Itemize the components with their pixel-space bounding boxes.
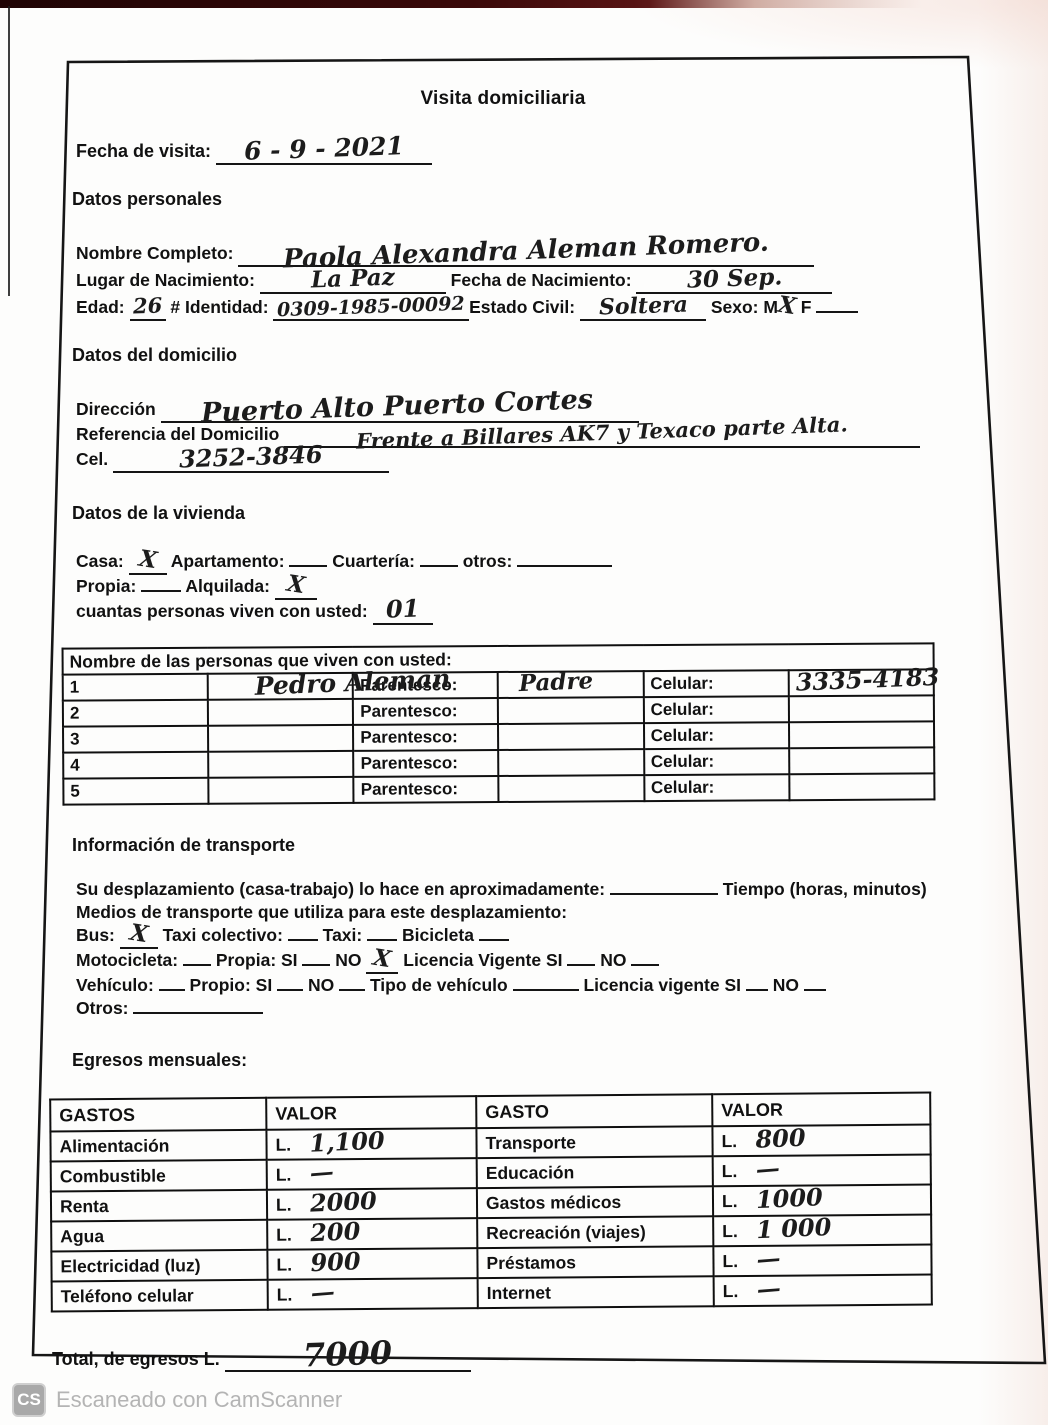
vehiculo-licencia-label: Licencia vigente SI: [583, 975, 741, 995]
vehiculo-blank: [159, 985, 185, 991]
cuarteria-blank: [420, 561, 458, 567]
bus-mark: X: [129, 928, 148, 941]
currency-label: L.: [276, 1164, 292, 1184]
cel-value: 3252-3846: [179, 447, 323, 466]
tiempo-label: Tiempo (horas, minutos): [723, 879, 927, 899]
moto-licencia-no-blank: [631, 960, 659, 966]
currency-label: L.: [276, 1224, 292, 1244]
gasto-nombre: Teléfono celular: [52, 1280, 268, 1312]
referencia-value: Frente a Billares AK7 y Texaco parte Alt…: [356, 417, 848, 448]
motocicleta-label: Motocicleta:: [76, 950, 178, 970]
datos-personales-heading: Datos personales: [72, 189, 958, 210]
direccion-label: Dirección: [76, 399, 156, 419]
casa-mark: X: [138, 554, 157, 567]
sexo-f-blank: [816, 307, 858, 313]
otros-blank: [133, 1008, 263, 1014]
sexo-label: Sexo: M: [711, 297, 778, 317]
cel-row: Cel. 3252-3846: [76, 448, 958, 473]
alquilada-mark: X: [286, 579, 305, 592]
camscanner-icon: CS: [12, 1383, 46, 1417]
parentesco-cell: [499, 749, 644, 776]
parentesco-label: Parentesco:: [353, 698, 498, 725]
gasto-valor: 200: [310, 1224, 361, 1240]
apartamento-label: Apartamento:: [171, 551, 285, 571]
fecha-visita-row: Fecha de visita: 6 - 9 - 2021: [76, 140, 958, 165]
otros-vivienda-blank: [517, 561, 612, 567]
casa-field: X: [129, 550, 167, 575]
scanned-document-page: Visita domiciliaria Fecha de visita: 6 -…: [0, 0, 1048, 1425]
taxi-label: Taxi:: [323, 925, 363, 945]
gasto-nombre: Gastos médicos: [477, 1186, 713, 1218]
gasto-nombre: Internet: [478, 1276, 714, 1308]
transporte-heading: Información de transporte: [72, 835, 958, 856]
total-egresos-label: Total, de egresos L.: [52, 1349, 220, 1369]
bus-row: Bus: X Taxi colectivo: Taxi: Bicicleta: [76, 924, 958, 949]
celular-cell: [789, 721, 934, 748]
row-number: 2: [63, 700, 208, 727]
form-title: Visita domiciliaria: [48, 88, 958, 110]
gasto-valor-cell: L.1,100: [266, 1128, 476, 1160]
celular-label: Celular:: [644, 748, 789, 775]
nombre-row: Nombre Completo: Paola Alexandra Aleman …: [76, 242, 958, 267]
fecha-nacimiento-label: Fecha de Nacimiento:: [451, 270, 632, 290]
datos-domicilio-heading: Datos del domicilio: [72, 345, 958, 366]
tipo-vehiculo-blank: [513, 985, 579, 991]
vehiculo-licencia-no-label: NO: [773, 975, 799, 995]
vehiculo-no-blank: [339, 985, 365, 991]
moto-no-label: NO: [335, 950, 361, 970]
vehiculo-row: Vehículo: Propio: SI NO Tipo de vehículo…: [76, 974, 958, 997]
row-number: 1: [63, 674, 208, 701]
cuarteria-label: Cuartería:: [332, 551, 415, 571]
gasto-valor: 1000: [755, 1190, 822, 1207]
gasto-valor: 900: [310, 1254, 361, 1270]
lugar-label: Lugar de Nacimiento:: [76, 270, 255, 290]
parentesco-label: Parentesco:: [353, 750, 498, 777]
egresos-heading: Egresos mensuales:: [72, 1050, 958, 1071]
parentesco-cell: [499, 775, 644, 802]
gasto-nombre: Préstamos: [477, 1246, 713, 1278]
estado-civil-label: Estado Civil:: [469, 297, 575, 317]
lugar-nacimiento-row: Lugar de Nacimiento: La Paz Fecha de Nac…: [76, 269, 958, 294]
desplazamiento-blank: [610, 889, 718, 895]
persona-row-1: 1 Pedro Aleman Parentesco: Padre Celular…: [63, 669, 934, 700]
personas-num-label: cuantas personas viven con usted:: [76, 601, 368, 621]
gasto-nombre: Combustible: [51, 1160, 267, 1192]
col-gasto-header: GASTO: [476, 1094, 712, 1128]
currency-label: L.: [722, 1191, 738, 1211]
alquilada-field: X: [275, 575, 317, 600]
row-number: 5: [63, 778, 208, 805]
personas-num-value: 01: [386, 601, 420, 616]
parentesco-cell: Padre: [498, 671, 643, 698]
currency-label: L.: [721, 1131, 737, 1151]
gasto-nombre: Agua: [51, 1220, 267, 1252]
casa-label: Casa:: [76, 551, 124, 571]
celular-cell: [789, 747, 934, 774]
taxi-blank: [367, 935, 397, 941]
gasto-valor: —: [309, 1164, 334, 1180]
parentesco-cell: [498, 697, 643, 724]
edad-identidad-row: Edad: 26 # Identidad: 0309-1985-00092 Es…: [76, 296, 958, 321]
col-valor2-header: VALOR: [712, 1093, 930, 1127]
egresos-table: GASTOS VALOR GASTO VALOR Alimentación L.…: [49, 1092, 933, 1313]
bus-label: Bus:: [76, 925, 115, 945]
sexo-m-mark: X: [777, 300, 796, 313]
edad-field: 26: [130, 296, 166, 321]
currency-label: L.: [722, 1221, 738, 1241]
camscanner-text: Escaneado con CamScanner: [56, 1387, 342, 1413]
col-gastos-header: GASTOS: [50, 1098, 266, 1132]
fecha-visita-value: 6 - 9 - 2021: [244, 139, 404, 159]
currency-label: L.: [275, 1134, 291, 1154]
gasto-nombre: Renta: [51, 1190, 267, 1222]
propiedad-row: Propia: Alquilada: X: [76, 575, 958, 600]
lugar-value: La Paz: [311, 271, 395, 288]
nombre-label: Nombre Completo:: [76, 243, 234, 263]
camscanner-footer: CS Escaneado con CamScanner: [12, 1383, 342, 1417]
bus-field: X: [120, 924, 158, 949]
persona-nombre-value: Pedro Aleman: [255, 672, 451, 694]
identidad-label: # Identidad:: [170, 297, 268, 317]
moto-no-mark: X: [373, 953, 392, 966]
gasto-valor: —: [310, 1284, 335, 1300]
gasto-nombre: Educación: [477, 1156, 713, 1188]
bicicleta-blank: [479, 935, 509, 941]
celular-label: Celular:: [643, 696, 788, 723]
tipo-vehiculo-label: Tipo de vehículo: [370, 975, 508, 995]
apartamento-blank: [289, 561, 327, 567]
gasto-valor-cell: L.2000: [267, 1188, 477, 1220]
persona-nombre-cell: [208, 777, 353, 804]
total-egresos-field: 7000: [225, 1347, 471, 1372]
row-number: 4: [63, 752, 208, 779]
cel-label: Cel.: [76, 449, 108, 469]
gasto-valor: 800: [755, 1130, 806, 1146]
parentesco-value: Padre: [519, 674, 594, 691]
vehiculo-label: Vehículo:: [76, 975, 154, 995]
celular-value: 3335-4183: [795, 670, 939, 690]
gasto-valor: 2000: [309, 1193, 376, 1210]
personas-num-row: cuantas personas viven con usted: 01: [76, 600, 958, 625]
persona-nombre-cell: [208, 725, 353, 752]
vehiculo-licencia-si-blank: [746, 985, 768, 991]
moto-licencia-label: Licencia Vigente SI: [403, 950, 562, 970]
fecha-visita-label: Fecha de visita:: [76, 141, 211, 161]
otros-vivienda-label: otros:: [463, 551, 513, 571]
celular-cell: [789, 695, 934, 722]
datos-vivienda-heading: Datos de la vivienda: [72, 503, 958, 524]
sexo-f-label: F: [801, 297, 812, 317]
gasto-valor: —: [755, 1160, 780, 1176]
gasto-nombre: Transporte: [476, 1126, 712, 1158]
tipo-vivienda-row: Casa: X Apartamento: Cuartería: otros:: [76, 550, 958, 575]
total-egresos-value: 7000: [303, 1345, 392, 1362]
gasto-valor-cell: L.800: [712, 1125, 930, 1157]
cel-field: 3252-3846: [113, 448, 389, 473]
currency-label: L.: [722, 1161, 738, 1181]
row-number: 3: [63, 726, 208, 753]
identidad-value: 0309-1985-00092: [277, 297, 465, 318]
col-valor-header: VALOR: [266, 1096, 476, 1130]
fecha-nacimiento-value: 30 Sep.: [687, 270, 783, 287]
bicicleta-label: Bicicleta: [402, 925, 474, 945]
nombre-value: Paola Alexandra Aleman Romero.: [283, 236, 769, 267]
moto-licencia-no-label: NO: [600, 950, 626, 970]
celular-cell: 3335-4183: [788, 669, 933, 696]
gasto-nombre: Electricidad (luz): [51, 1250, 267, 1282]
vehiculo-propio-label: Propio: SI: [190, 975, 273, 995]
form-content: Visita domiciliaria Fecha de visita: 6 -…: [48, 80, 958, 1372]
gasto-nombre: Alimentación: [50, 1130, 266, 1162]
estado-civil-value: Soltera: [598, 297, 687, 314]
gasto-valor-cell: L.—: [268, 1278, 478, 1310]
persona-nombre-cell: Pedro Aleman: [208, 673, 353, 700]
celular-label: Celular:: [644, 722, 789, 749]
parentesco-cell: [498, 723, 643, 750]
vehiculo-no-label: NO: [308, 975, 334, 995]
celular-label: Celular:: [644, 774, 789, 801]
direccion-value: Puerto Alto Puerto Cortes: [201, 393, 593, 421]
nombre-field: Paola Alexandra Aleman Romero.: [238, 242, 814, 267]
direccion-field: Puerto Alto Puerto Cortes: [161, 398, 639, 423]
vehiculo-licencia-no-blank: [804, 985, 826, 991]
gasto-valor: —: [756, 1250, 781, 1266]
gasto-nombre: Recreación (viajes): [477, 1216, 713, 1248]
moto-licencia-si-blank: [567, 960, 595, 966]
gasto-valor-cell: L.900: [267, 1248, 477, 1280]
referencia-field: Frente a Billares AK7 y Texaco parte Alt…: [284, 423, 920, 448]
otros-label: Otros:: [76, 998, 129, 1018]
moto-no-field: X: [366, 949, 398, 974]
parentesco-label: Parentesco:: [354, 776, 499, 803]
fecha-visita-field: 6 - 9 - 2021: [216, 140, 432, 165]
currency-label: L.: [276, 1254, 292, 1274]
medios-row: Medios de transporte que utiliza para es…: [76, 901, 958, 924]
gasto-valor-cell: L.—: [713, 1245, 931, 1277]
taxi-colectivo-blank: [288, 935, 318, 941]
moto-si-blank: [302, 960, 330, 966]
egresos-row-6: Teléfono celular L.— Internet L.—: [52, 1275, 932, 1312]
propia-blank: [141, 586, 181, 592]
motocicleta-row: Motocicleta: Propia: SI NO X Licencia Vi…: [76, 949, 958, 974]
estado-civil-field: Soltera: [580, 296, 706, 321]
persona-nombre-cell: [208, 699, 353, 726]
edad-label: Edad:: [76, 297, 125, 317]
gasto-valor-cell: L.200: [267, 1218, 477, 1250]
moto-propia-label: Propia: SI: [216, 950, 298, 970]
total-egresos-row: Total, de egresos L. 7000: [52, 1347, 958, 1372]
desplazamiento-label: Su desplazamiento (casa-trabajo) lo hace…: [76, 879, 605, 899]
gasto-valor-cell: L.1 000: [713, 1215, 931, 1247]
celular-cell: [789, 773, 934, 800]
vehiculo-si-blank: [277, 985, 303, 991]
alquilada-label: Alquilada:: [185, 576, 270, 596]
personas-num-field: 01: [373, 600, 433, 625]
otros-row: Otros:: [76, 997, 958, 1020]
motocicleta-blank: [183, 960, 211, 966]
propia-label: Propia:: [76, 576, 136, 596]
currency-label: L.: [276, 1194, 292, 1214]
gasto-valor: —: [756, 1280, 781, 1296]
edad-value: 26: [133, 298, 163, 313]
desplazamiento-row: Su desplazamiento (casa-trabajo) lo hace…: [76, 878, 958, 901]
celular-label: Celular:: [643, 670, 788, 697]
currency-label: L.: [277, 1284, 293, 1304]
persona-row-5: 5 Parentesco: Celular:: [63, 773, 934, 804]
persona-nombre-cell: [208, 751, 353, 778]
taxi-colectivo-label: Taxi colectivo:: [163, 925, 283, 945]
gasto-valor-cell: L.—: [714, 1275, 932, 1307]
gasto-valor: 1 000: [756, 1220, 832, 1237]
currency-label: L.: [723, 1281, 739, 1301]
currency-label: L.: [722, 1251, 738, 1271]
identidad-field: 0309-1985-00092: [273, 296, 469, 321]
fecha-nacimiento-field: 30 Sep.: [636, 269, 832, 294]
parentesco-label: Parentesco:: [353, 724, 498, 751]
gasto-valor: 1,100: [309, 1133, 385, 1150]
personas-table: Nombre de las personas que viven con ust…: [62, 642, 936, 805]
